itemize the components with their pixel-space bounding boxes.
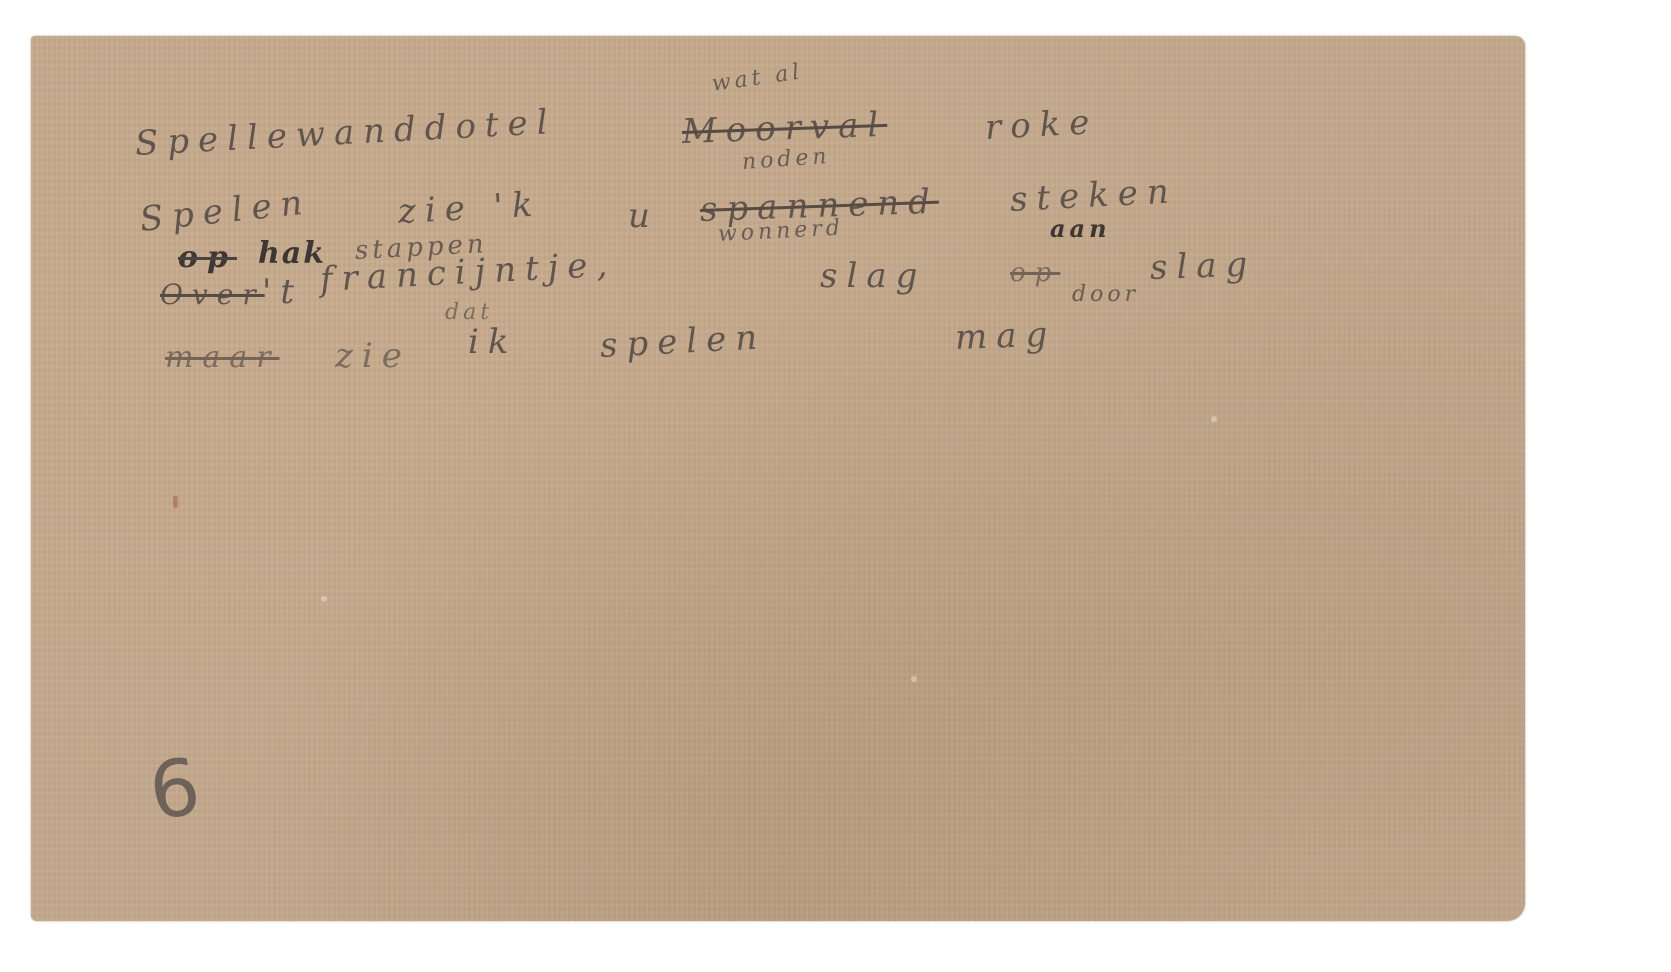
line2-word3: u bbox=[628, 196, 659, 236]
line4-word6: slag bbox=[1149, 244, 1257, 288]
line1-word3: roke bbox=[984, 102, 1099, 148]
line5-word3: ik bbox=[468, 322, 517, 362]
line4-word1-struck: Over bbox=[160, 278, 265, 311]
insertion-line3-right: aan bbox=[1050, 214, 1111, 243]
line5-word1-struck: maar bbox=[165, 340, 280, 375]
insertion-line4-below: door bbox=[1072, 282, 1139, 307]
line4-word4: slag bbox=[820, 256, 926, 296]
paper-speck bbox=[911, 676, 917, 682]
line3-word2: hak bbox=[258, 236, 326, 271]
line5-word2: zie bbox=[335, 336, 411, 376]
paper-speck bbox=[321, 596, 327, 602]
line1-word2-struck: Moorval bbox=[681, 105, 888, 152]
line4-word5-struck: op bbox=[1010, 258, 1060, 288]
line5-word5: mag bbox=[954, 314, 1057, 358]
paper-speck bbox=[1211, 416, 1217, 422]
ink-stain bbox=[173, 496, 178, 508]
line4-word2: 't bbox=[262, 272, 303, 312]
line3-word1-struck: op bbox=[178, 240, 237, 275]
scan-page: wat al Spellewanddotel Moorval roke node… bbox=[0, 0, 1671, 972]
line2-word2: zie 'k bbox=[397, 185, 543, 232]
